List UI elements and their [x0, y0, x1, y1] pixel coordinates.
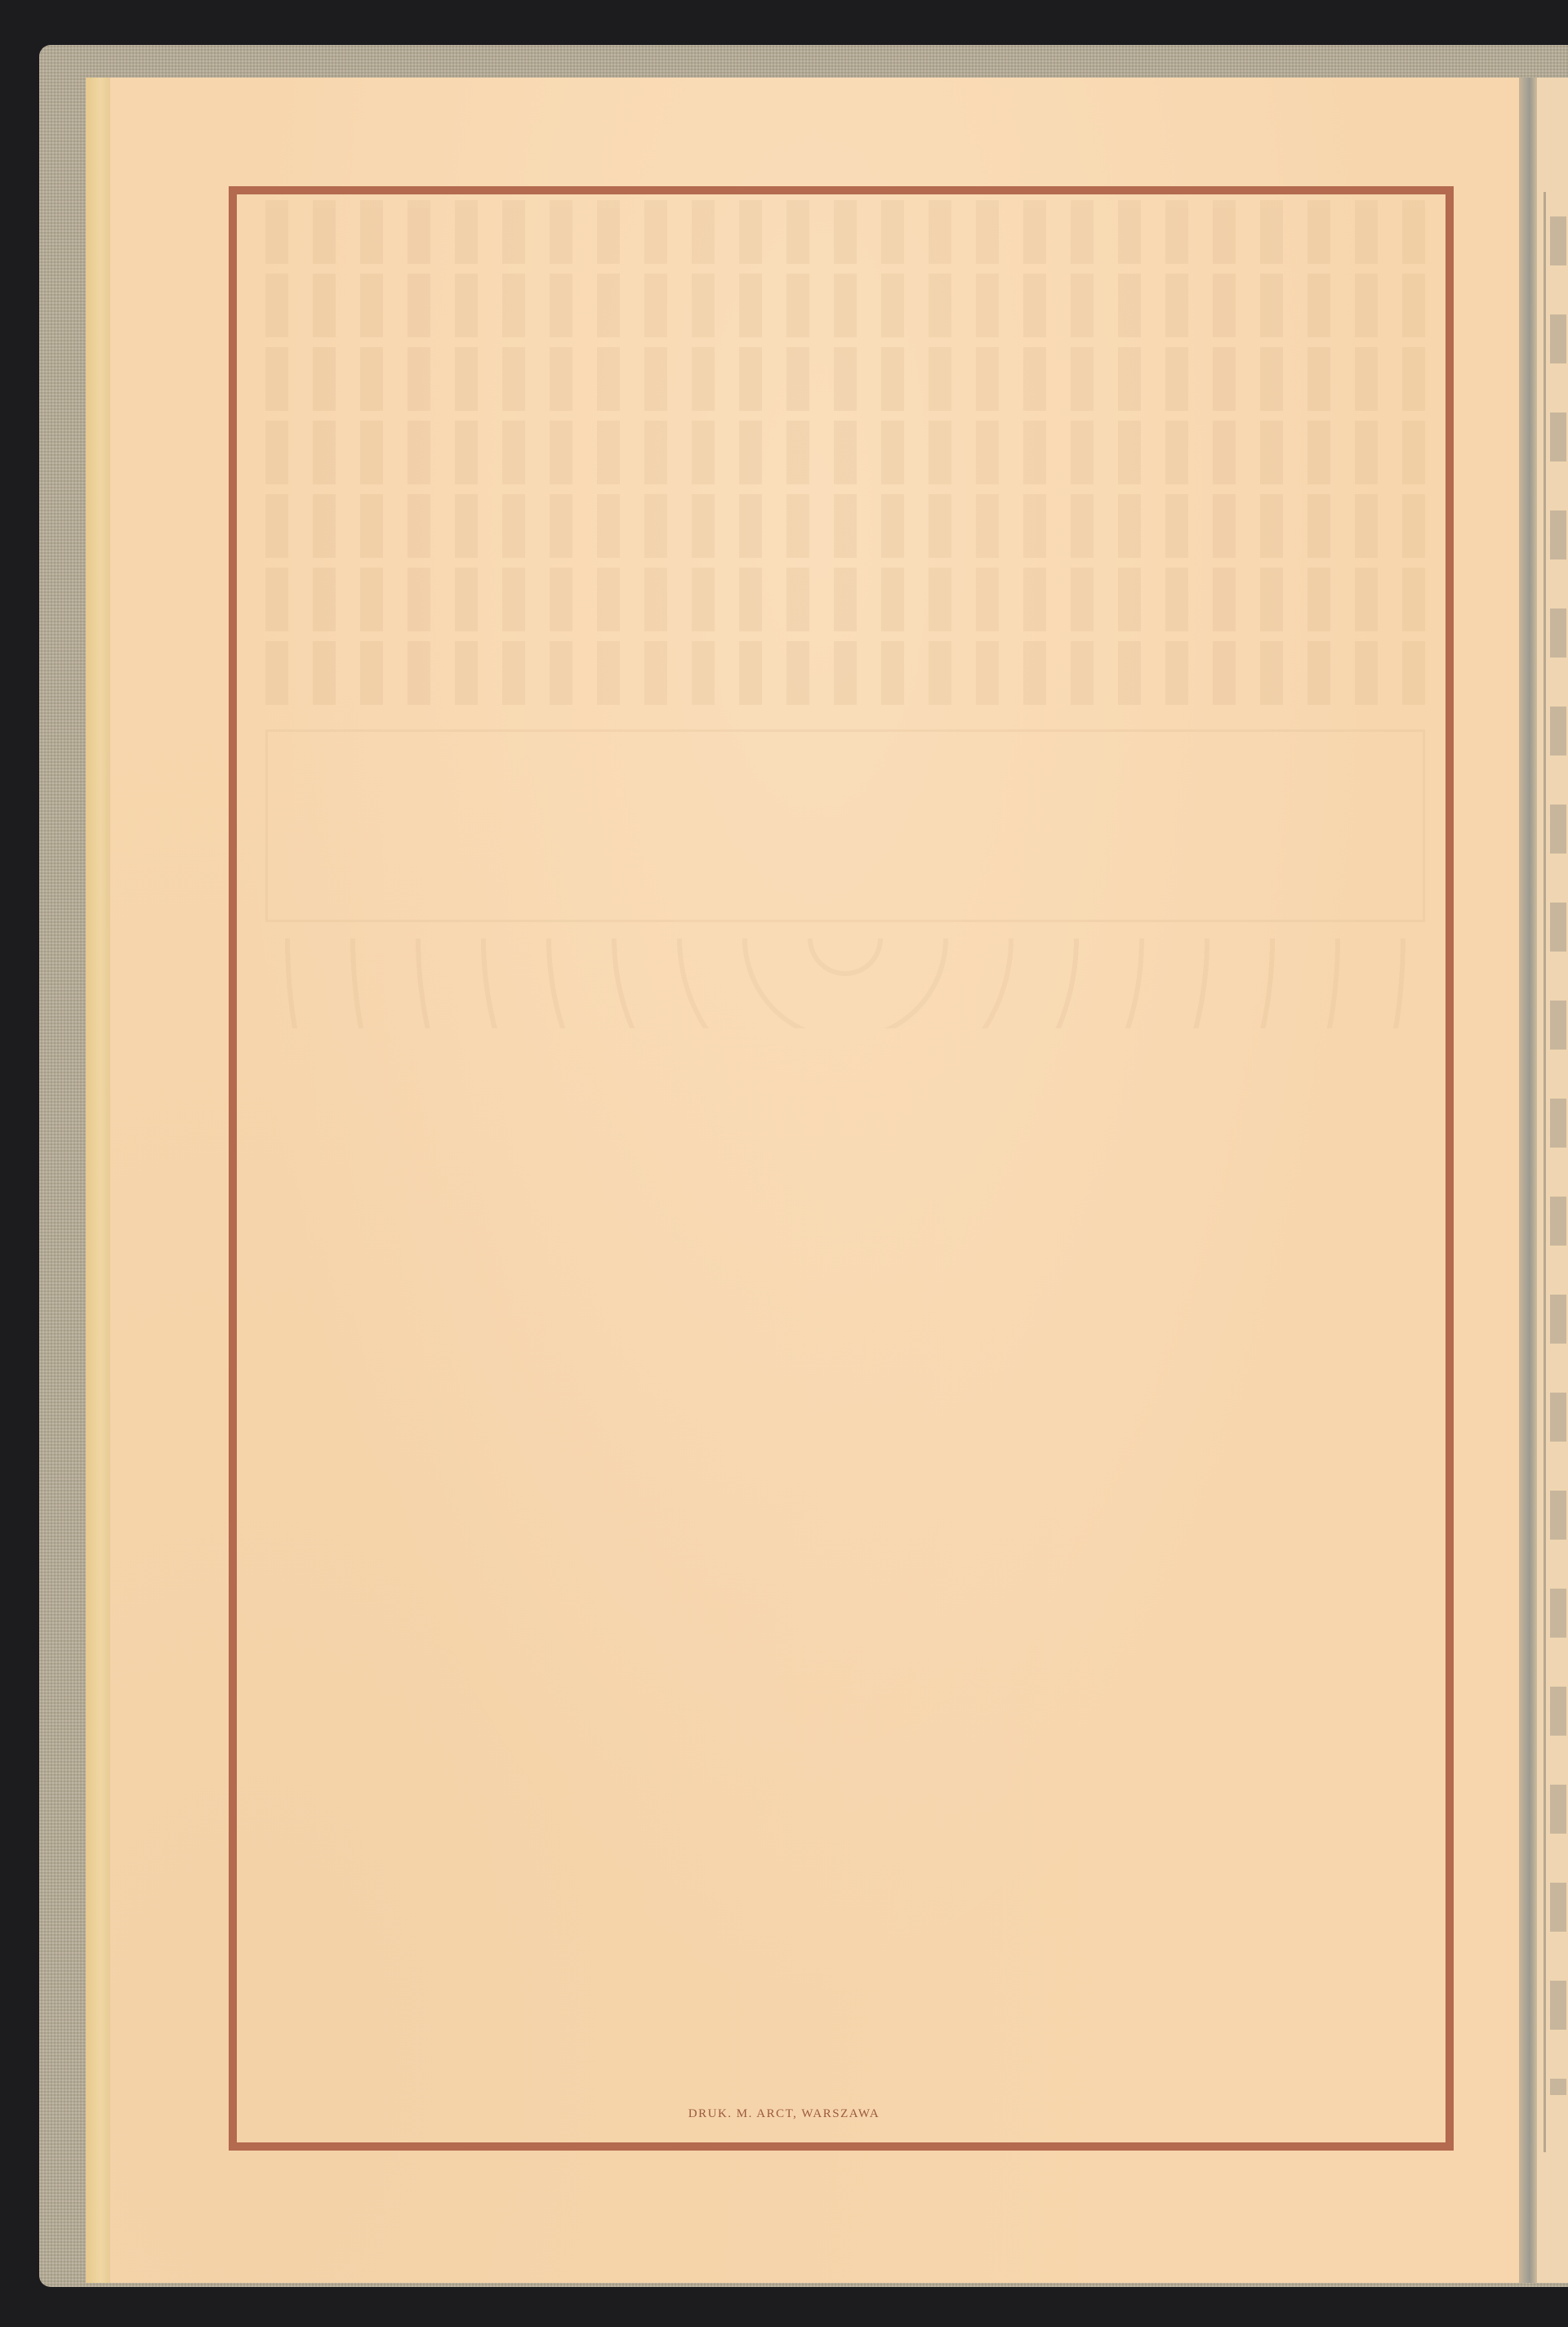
- book-page: [110, 78, 1519, 2283]
- adjacent-page-ornament: [1550, 216, 1566, 2095]
- page-edges: [86, 78, 110, 2283]
- book-gutter: [1519, 78, 1537, 2283]
- adjacent-page-edge: [1537, 78, 1568, 2283]
- printer-imprint: DRUK. M. ARCT, WARSZAWA: [0, 2107, 1568, 2121]
- decorative-page-frame: [229, 186, 1454, 2151]
